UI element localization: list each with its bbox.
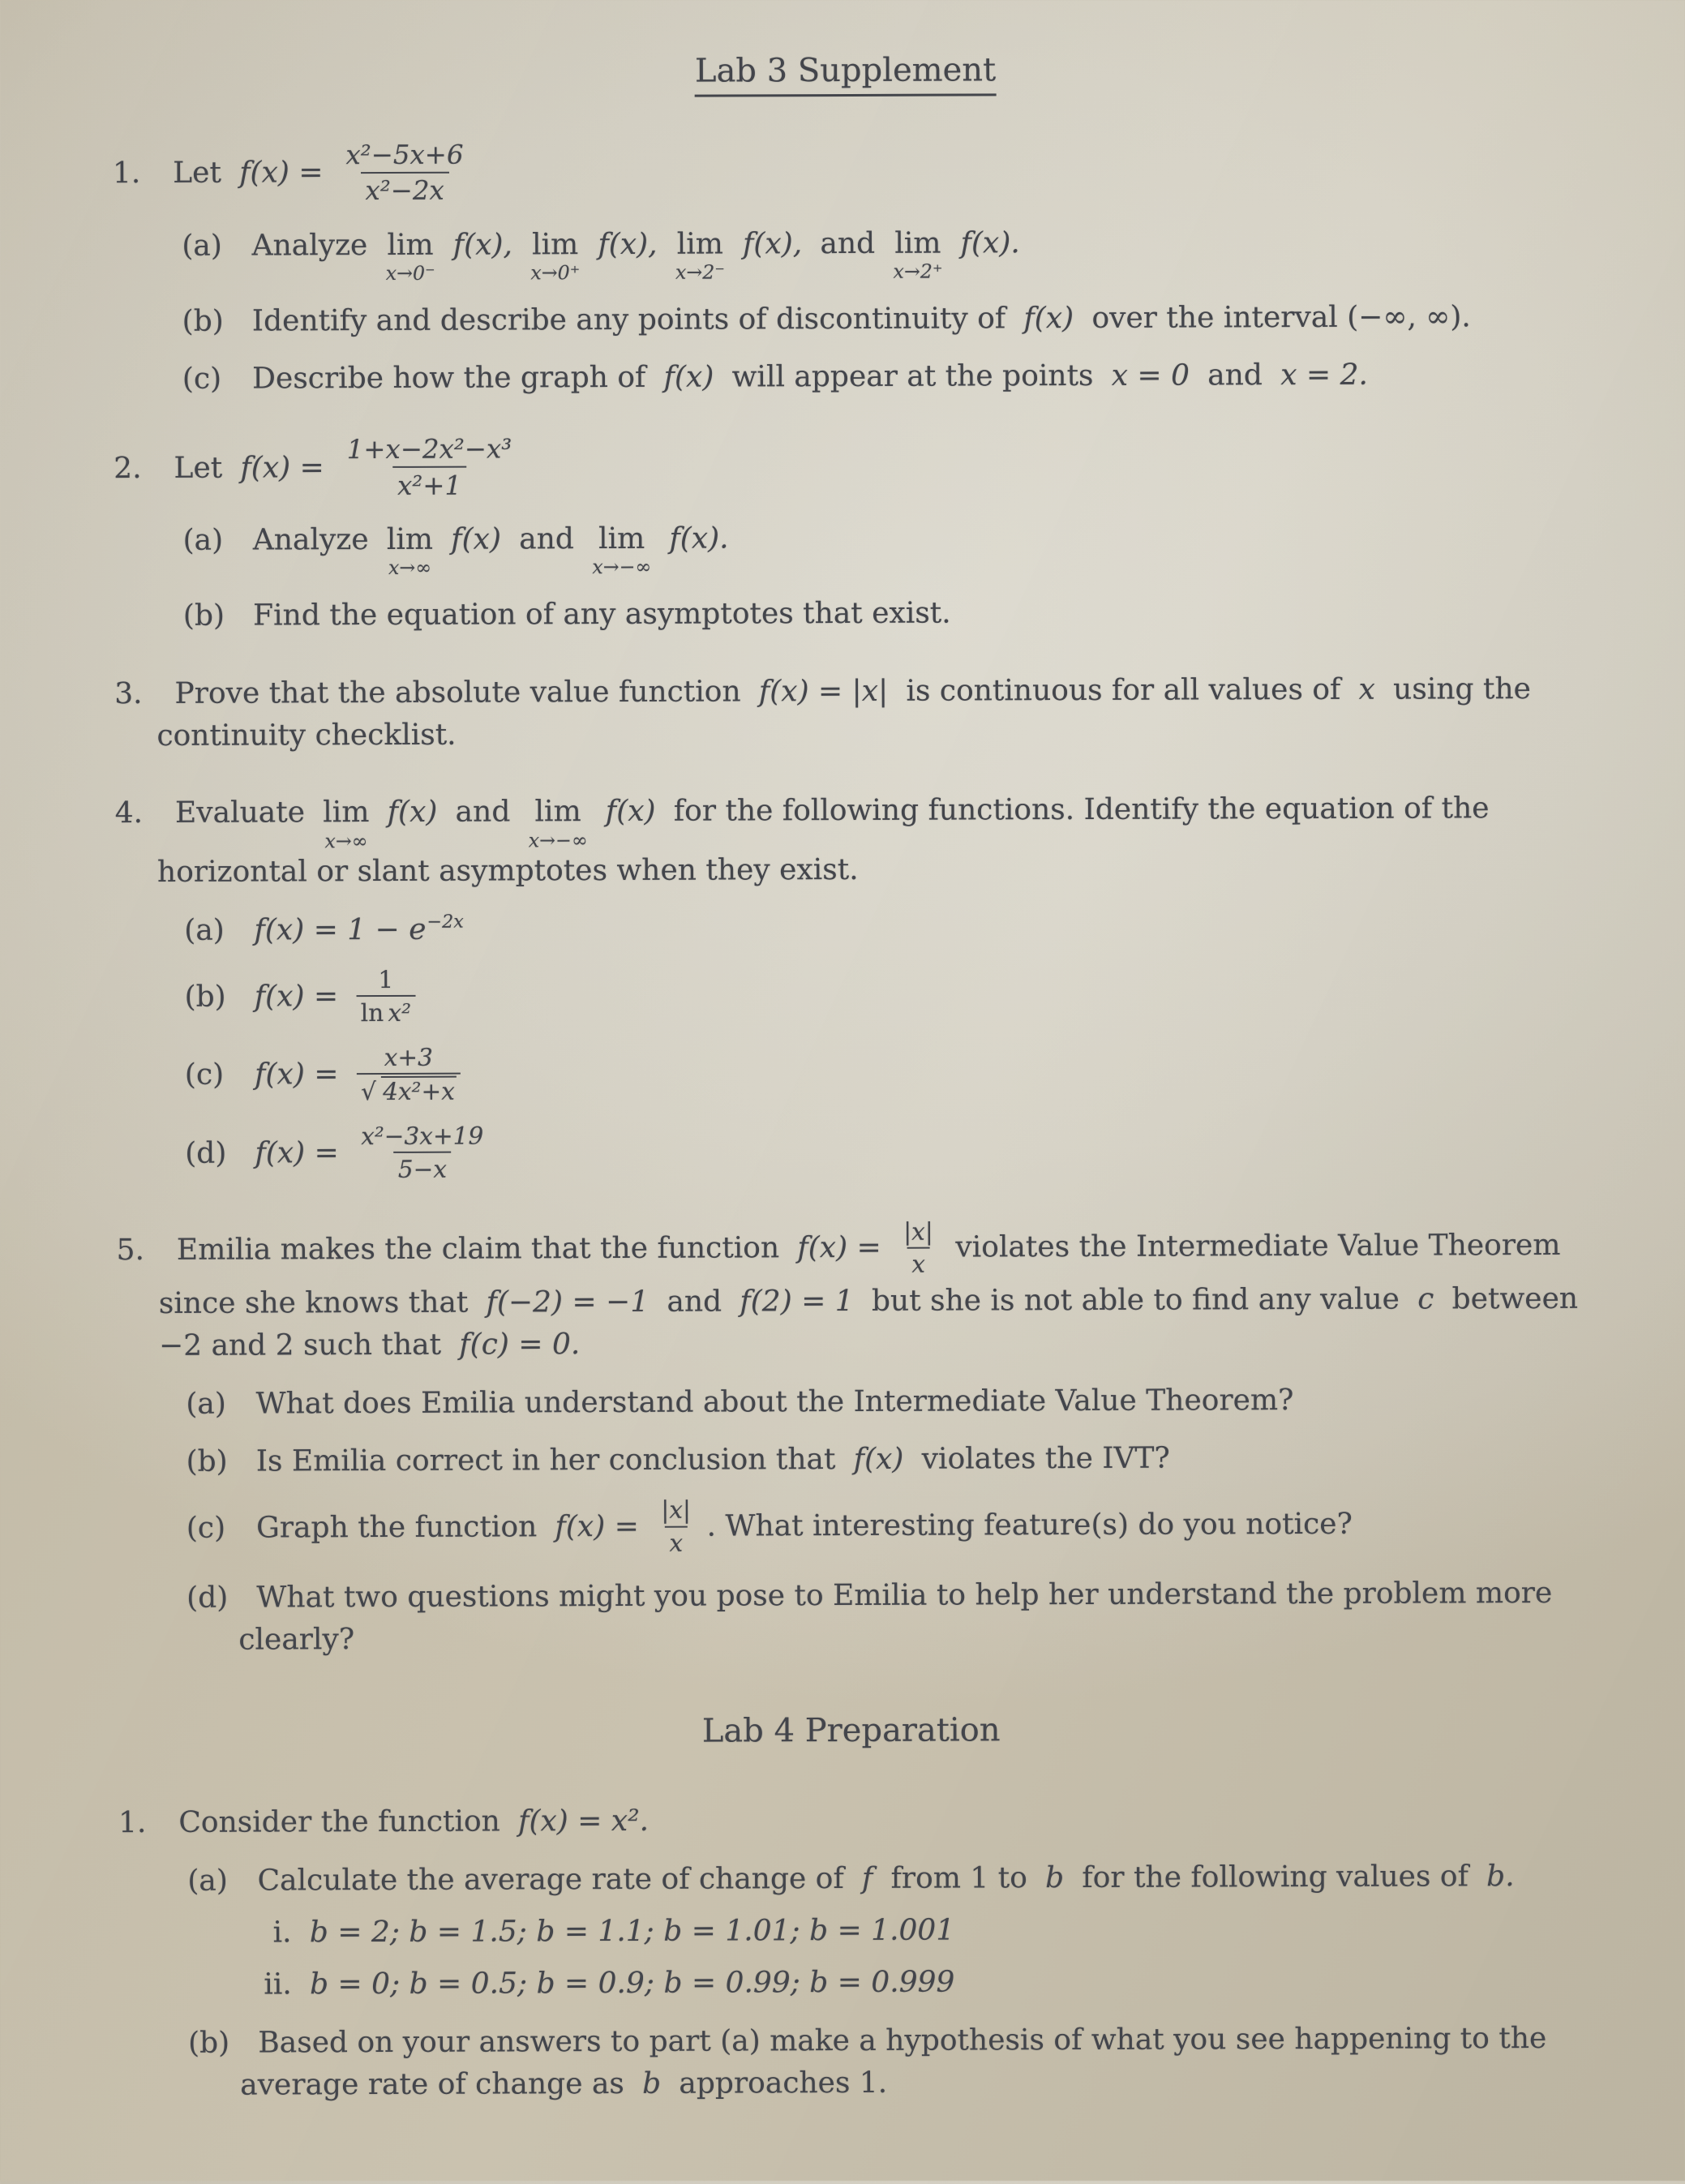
problem-5: 5. Emilia makes the claim that the funct… <box>116 1216 1584 1661</box>
math-run: f(x) <box>388 796 438 829</box>
values-list-ii: ii. b = 0; b = 0.5; b = 0.9; b = 0.99; b… <box>240 1959 1585 2006</box>
text-run: and <box>1207 359 1263 393</box>
text-run: What two questions might you pose to Emi… <box>256 1577 1552 1615</box>
text-run: from 1 to <box>890 1861 1027 1895</box>
text-run: violates the Intermediate Value Theorem <box>955 1229 1560 1264</box>
fraction-denominator: x <box>911 1251 925 1279</box>
math-run: b <box>642 2066 661 2100</box>
math-run: f(x) = <box>255 980 338 1013</box>
limit-expression: limx→∞ <box>323 798 369 851</box>
fraction-numerator: 1 <box>374 966 398 995</box>
text-run: using the <box>1393 672 1531 706</box>
problem-number: 5. <box>117 1229 159 1272</box>
lab4-problem-1-statement: 1. Consider the function f(x) = x². <box>161 1797 1584 1844</box>
problem-2: 2. Let f(x) = 1+x−2x²−x³ x²+1 (a) Analyz… <box>114 431 1580 637</box>
part-label: (d) <box>185 1132 237 1174</box>
math-run: f(x), <box>598 227 657 260</box>
problem-2-statement: 2. Let f(x) = 1+x−2x²−x³ x²+1 <box>156 431 1580 504</box>
exponent: −2x <box>427 912 464 933</box>
problem-4-statement-line2: horizontal or slant asymptotes when they… <box>157 847 1581 894</box>
limit-expression: limx→−∞ <box>592 525 651 577</box>
fraction-numerator: |x| <box>899 1217 937 1246</box>
worksheet-page: Lab 3 Supplement 1. Let f(x) = x²−5x+6 x… <box>0 0 1685 2181</box>
limit-expression: limx→−∞ <box>529 798 588 851</box>
text-run: horizontal or slant asymptotes when they… <box>157 853 859 889</box>
math-run: f(x) = <box>240 451 324 484</box>
fraction-denominator: 5−x <box>398 1155 447 1183</box>
math-run: x = 2. <box>1280 358 1368 392</box>
lab3-title: Lab 3 Supplement <box>112 49 1578 92</box>
part-a: (a) Analyze limx→∞ f(x) and limx→−∞ f(x)… <box>182 515 1580 579</box>
part-a: (a) What does Emilia understand about th… <box>186 1378 1583 1425</box>
part-label: (c) <box>185 1054 237 1096</box>
fraction-denominator: x <box>669 1530 683 1558</box>
text-run: since she knows that <box>159 1286 469 1320</box>
math-run: f(x). <box>961 226 1020 260</box>
fraction-numerator: x²−5x+6 <box>341 139 469 172</box>
fraction-numerator: |x| <box>657 1496 695 1525</box>
limit-expression: limx→0⁻ <box>386 230 435 283</box>
math-run: b <box>1045 1861 1064 1894</box>
math-run: f(x) = <box>255 1136 338 1169</box>
part-label: (b) <box>182 300 234 342</box>
part-d: (d) What two questions might you pose to… <box>187 1573 1584 1662</box>
problem-5-statement-line3: −2 and 2 such that f(c) = 0. <box>159 1320 1583 1367</box>
fraction: 1+x−2x²−x³ x²+1 <box>342 434 517 501</box>
ln-operator: ln <box>361 999 384 1028</box>
math-run: f(x) <box>664 361 714 394</box>
text-run: and <box>456 796 511 829</box>
part-b: (b) Find the equation of any asymptotes … <box>183 590 1580 637</box>
lab3-title-text: Lab 3 Supplement <box>695 51 996 97</box>
fraction-numerator: 1+x−2x²−x³ <box>342 434 517 467</box>
part-b: (b) f(x) = 1 lnx² <box>184 963 1581 1029</box>
roman-numeral-label: ii. <box>240 1963 292 2006</box>
text-run: will appear at the points <box>732 359 1094 394</box>
text-run: and <box>820 227 875 260</box>
text-run: Analyze <box>253 523 369 556</box>
problem-3: 3. Prove that the absolute value functio… <box>114 668 1580 757</box>
part-label: (b) <box>186 1441 238 1483</box>
text-run: between <box>1452 1282 1579 1316</box>
text-run: for the following functions. Identify th… <box>674 792 1490 829</box>
text-run: What does Emilia understand about the In… <box>255 1384 1293 1420</box>
math-run: f(2) = 1 <box>740 1285 853 1318</box>
fraction: 1 lnx² <box>356 966 415 1028</box>
part-c: (c) Describe how the graph of f(x) will … <box>182 354 1580 401</box>
text-run: Identify and describe any points of disc… <box>252 302 1005 337</box>
text-run: Evaluate <box>175 796 305 830</box>
text-run: violates the IVT? <box>922 1442 1170 1476</box>
math-run: f(x) = <box>797 1231 881 1264</box>
problem-number: 1. <box>113 152 155 195</box>
values-list-i: i. b = 2; b = 1.5; b = 1.1; b = 1.01; b … <box>239 1907 1584 1954</box>
math-run: f <box>862 1862 873 1895</box>
text-run: for the following values of <box>1082 1860 1468 1895</box>
math-run: f(x) <box>451 522 501 556</box>
fraction: x+3 √4x²+x <box>357 1043 461 1106</box>
fraction: x²−3x+19 5−x <box>357 1122 488 1184</box>
problem-1: 1. Let f(x) = x²−5x+6 x²−2x (a) Analyze … <box>113 137 1580 401</box>
fraction-denominator: x²+1 <box>397 470 461 501</box>
part-label: (a) <box>184 910 236 952</box>
math-run: f(x) = x². <box>518 1804 649 1839</box>
math-run: f(x) <box>854 1443 904 1476</box>
part-label: (a) <box>187 1860 239 1903</box>
fraction-denominator: x²−2x <box>365 175 444 207</box>
math-run: f(x) = <box>239 157 323 190</box>
radical-sign: √ <box>361 1078 376 1106</box>
part-c: (c) Graph the function f(x) = |x| x . Wh… <box>187 1495 1584 1560</box>
part-label: (b) <box>184 976 236 1018</box>
text-run: Let <box>174 451 222 484</box>
part-label: (c) <box>182 358 234 401</box>
problem-3-statement: 3. Prove that the absolute value functio… <box>156 668 1580 715</box>
sqrt-expression: √4x²+x <box>357 1072 461 1106</box>
problem-1-statement: 1. Let f(x) = x²−5x+6 x²−2x <box>155 137 1579 209</box>
part-label: (b) <box>183 595 235 637</box>
math-run: f(c) = 0. <box>459 1328 580 1362</box>
part-label: (d) <box>187 1577 238 1619</box>
math-run: x = 0 <box>1112 359 1190 393</box>
text-run: Consider the function <box>178 1805 500 1839</box>
math-run: f(x) = <box>255 1058 338 1091</box>
text-run: Analyze <box>251 229 367 262</box>
problem-3-statement-line2: continuity checklist. <box>156 710 1580 757</box>
part-label: (a) <box>182 520 234 562</box>
math-run: f(x) <box>1023 302 1074 335</box>
part-c: (c) f(x) = x+3 √4x²+x <box>185 1041 1582 1108</box>
math-run: f(x) = |x| <box>759 675 888 709</box>
problem-number: 3. <box>114 673 156 715</box>
fraction: x²−5x+6 x²−2x <box>341 139 469 207</box>
text-run: Based on your answers to part (a) make a… <box>258 2022 1546 2060</box>
roman-numeral-label: i. <box>239 1912 291 1954</box>
text-run: Calculate the average rate of change of <box>258 1862 844 1898</box>
limit-expression: limx→2⁻ <box>675 230 725 282</box>
problem-number: 4. <box>115 792 157 835</box>
fraction-numerator: x+3 <box>379 1043 437 1073</box>
text-run: and <box>667 1285 722 1319</box>
fraction-numerator: x²−3x+19 <box>357 1122 488 1152</box>
text-run: Emilia makes the claim that the function <box>177 1232 779 1268</box>
text-run: is continuous for all values of <box>906 673 1340 708</box>
problem-4-statement: 4. Evaluate limx→∞ f(x) and limx→−∞ f(x)… <box>157 787 1581 852</box>
part-label: (a) <box>186 1383 238 1425</box>
text-run: Graph the function <box>256 1510 537 1544</box>
math-run: f(x) = 1 − e <box>254 913 426 947</box>
math-run: f(x), <box>743 227 802 260</box>
part-b: (b) Based on your answers to part (a) ma… <box>188 2018 1585 2107</box>
lab4-title-text: Lab 4 Preparation <box>702 1712 1001 1750</box>
radicand: 4x²+x <box>381 1076 457 1106</box>
lab4-problem-1: 1. Consider the function f(x) = x². (a) … <box>118 1797 1585 2106</box>
problem-5-statement-line2: since she knows that f(−2) = −1 and f(2)… <box>159 1278 1583 1325</box>
part-d: (d) f(x) = x²−3x+19 5−x <box>185 1120 1582 1186</box>
text-run: over the interval (−∞, ∞). <box>1091 300 1471 335</box>
math-run: x² <box>388 999 411 1028</box>
text-run: average rate of change as <box>240 2067 624 2102</box>
limit-expression: limx→2⁺ <box>893 229 942 281</box>
math-run: b = 2; b = 1.5; b = 1.1; b = 1.01; b = 1… <box>310 1914 955 1950</box>
text-run: . What interesting feature(s) do you not… <box>707 1508 1353 1543</box>
text-run: −2 and 2 such that <box>159 1328 441 1362</box>
math-run: f(−2) = −1 <box>487 1285 650 1319</box>
math-run: f(x) = <box>555 1510 638 1543</box>
text-run: but she is not able to find any value <box>872 1283 1400 1318</box>
math-run: b. <box>1486 1860 1515 1893</box>
fraction: |x| x <box>899 1217 937 1279</box>
math-run: f(x). <box>669 521 728 555</box>
fraction: |x| x <box>657 1496 695 1558</box>
limit-expression: limx→∞ <box>387 526 433 578</box>
text-run: approaches 1. <box>679 2066 887 2100</box>
text-run: and <box>519 522 574 556</box>
part-label: (c) <box>187 1508 238 1550</box>
math-run: x <box>1359 672 1375 706</box>
problem-number: 1. <box>118 1802 161 1844</box>
part-b: (b) Identify and describe any points of … <box>182 295 1580 342</box>
text-run: Prove that the absolute value function <box>174 675 740 710</box>
text-run: Is Emilia correct in her conclusion that <box>256 1444 836 1478</box>
part-a: (a) Calculate the average rate of change… <box>187 1856 1585 2006</box>
math-run: c <box>1417 1282 1434 1315</box>
text-run: clearly? <box>238 1623 354 1656</box>
math-run: f(x), <box>453 228 512 261</box>
text-run: Find the equation of any asymptotes that… <box>253 596 951 632</box>
math-run: f(x) <box>606 795 656 828</box>
part-a: (a) Analyze limx→0⁻ f(x), limx→0⁺ f(x), … <box>182 220 1579 284</box>
lab4-title: Lab 4 Preparation <box>118 1710 1584 1752</box>
part-a: (a) f(x) = 1 − e−2x <box>184 905 1581 952</box>
part-label: (a) <box>182 225 234 267</box>
problem-number: 2. <box>114 448 156 490</box>
limit-expression: limx→0⁺ <box>530 230 580 283</box>
math-run: b = 0; b = 0.5; b = 0.9; b = 0.99; b = 0… <box>310 1965 955 2001</box>
part-label: (b) <box>188 2022 240 2064</box>
text-run: continuity checklist. <box>156 718 456 752</box>
part-b: (b) Is Emilia correct in her conclusion … <box>186 1436 1583 1483</box>
text-run: Describe how the graph of <box>252 361 645 396</box>
problem-4: 4. Evaluate limx→∞ f(x) and limx→−∞ f(x)… <box>115 787 1583 1186</box>
problem-5-statement: 5. Emilia makes the claim that the funct… <box>158 1216 1582 1283</box>
text-run: Let <box>173 157 221 190</box>
